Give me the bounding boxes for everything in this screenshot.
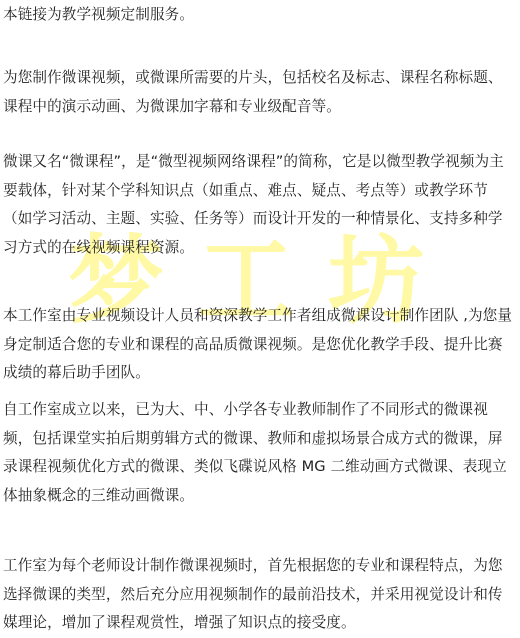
paragraph-services: 为您制作微课视频，或微课所需要的片头，包括校名及标志、课程名称标题、课程中的演示… xyxy=(3,64,517,121)
paragraph-history: 自工作室成立以来，已为大、中、小学各专业教师制作了不同形式的微课视频，包括课堂实… xyxy=(3,396,517,510)
paragraph-process: 工作室为每个老师设计制作微课视频时，首先根据您的专业和课程特点，为您选择微课的类… xyxy=(3,552,517,638)
paragraph-microcourse-definition: 微课又名“微课程”，是“微型视频网络课程”的简称，它是以微型教学视频为主要载体，… xyxy=(3,148,517,262)
paragraph-team: 本工作室由专业视频设计人员和资深教学工作者组成微课设计制作团队 ,为您量身定制适… xyxy=(3,302,517,388)
paragraph-intro: 本链接为教学视频定制服务。 xyxy=(3,1,194,30)
